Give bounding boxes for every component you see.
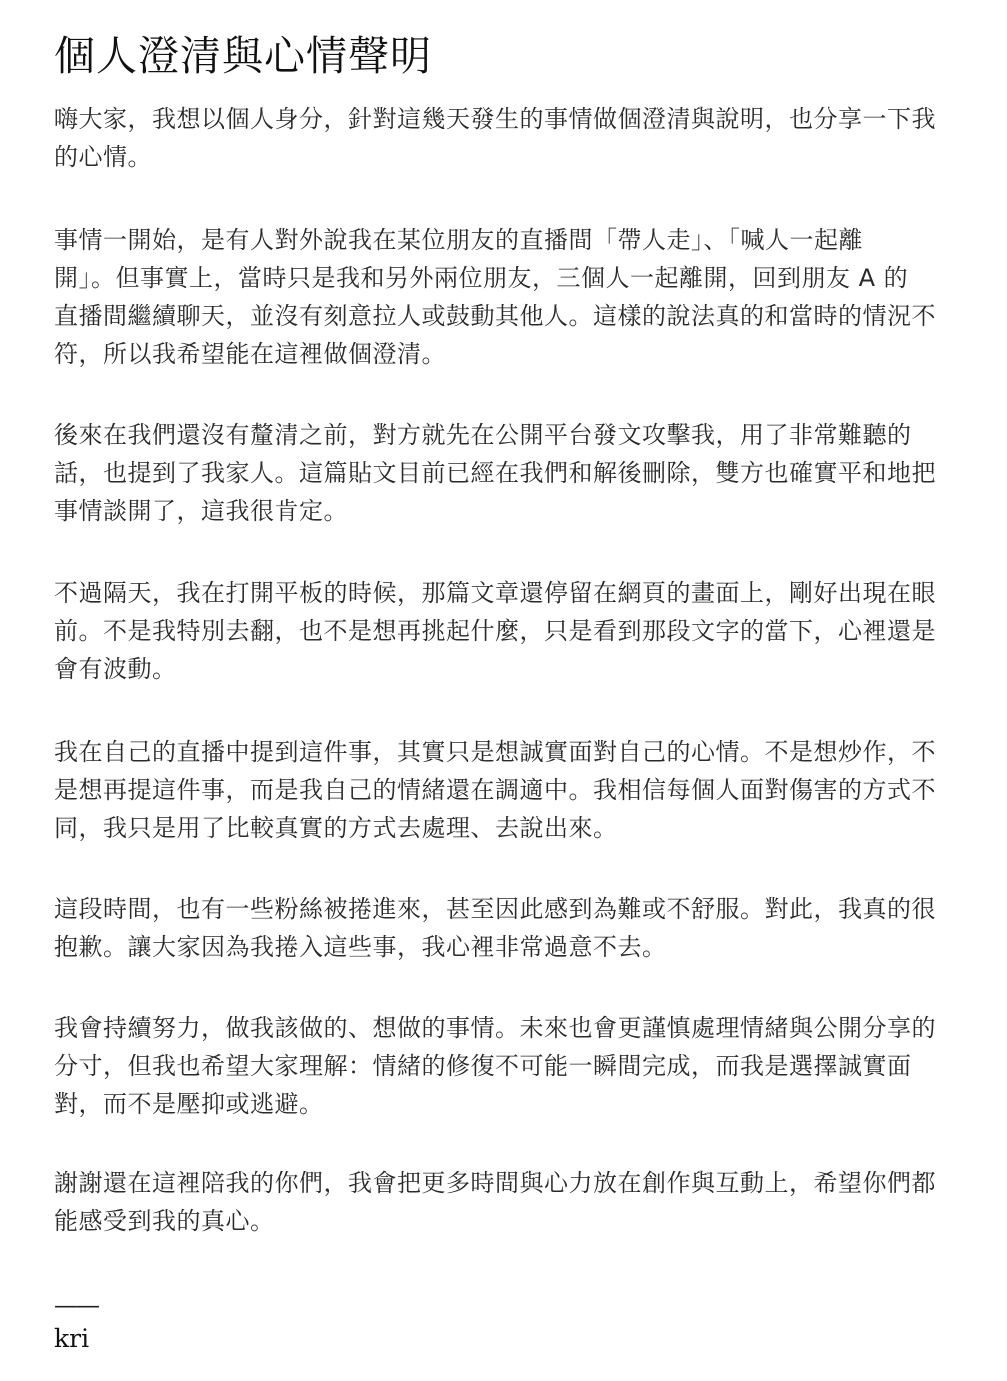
paragraph-line: 對，而不是壓抑或逃避。 [54, 1085, 936, 1123]
paragraph-line: 不過隔天，我在打開平板的時候，那篇文章還停留在網頁的畫面上，剛好出現在眼 [54, 574, 936, 612]
paragraph-line: 我在自己的直播中提到這件事，其實只是想誠實面對自己的心情。不是想炒作，不 [54, 733, 936, 771]
paragraph-livestream: 我在自己的直播中提到這件事，其實只是想誠實面對自己的心情。不是想炒作，不 是想再… [54, 733, 936, 847]
signature-name: kri [54, 1322, 89, 1356]
paragraph-public-post: 後來在我們還沒有釐清之前，對方就先在公開平台發文攻擊我，用了非常難聽的 話，也提… [54, 416, 936, 530]
paragraph-line: 分寸，但我也希望大家理解：情緒的修復不可能一瞬間完成，而我是選擇誠實面 [54, 1047, 936, 1085]
signature-dash: —— [54, 1290, 98, 1320]
paragraph-line: 符，所以我希望能在這裡做個澄清。 [54, 335, 936, 373]
paragraph-commitment: 我會持續努力，做我該做的、想做的事情。未來也會更謹慎處理情緒與公開分享的 分寸，… [54, 1009, 936, 1123]
paragraph-apology: 這段時間，也有一些粉絲被捲進來，甚至因此感到為難或不舒服。對此，我真的很 抱歉。… [54, 890, 936, 966]
paragraph-line: 能感受到我的真心。 [54, 1202, 936, 1240]
paragraph-line: 嗨大家，我想以個人身分，針對這幾天發生的事情做個澄清與說明，也分享一下我 [54, 100, 936, 138]
paragraph-line: 前。不是我特別去翻，也不是想再挑起什麼，只是看到那段文字的當下，心裡還是 [54, 612, 936, 650]
paragraph-line: 話，也提到了我家人。這篇貼文目前已經在我們和解後刪除，雙方也確實平和地把 [54, 454, 936, 492]
paragraph-line: 事情談開了，這我很肯定。 [54, 492, 936, 530]
paragraph-line: 是想再提這件事，而是我自己的情緒還在調適中。我相信每個人面對傷害的方式不 [54, 771, 936, 809]
paragraph-line: 開」。但事實上，當時只是我和另外兩位朋友，三個人一起離開，回到朋友 A 的 [54, 259, 936, 297]
paragraph-line: 的心情。 [54, 138, 936, 176]
paragraph-line: 同，我只是用了比較真實的方式去處理、去說出來。 [54, 809, 936, 847]
paragraph-line: 這段時間，也有一些粉絲被捲進來，甚至因此感到為難或不舒服。對此，我真的很 [54, 890, 936, 928]
paragraph-line: 會有波動。 [54, 650, 936, 688]
paragraph-line: 我會持續努力，做我該做的、想做的事情。未來也會更謹慎處理情緒與公開分享的 [54, 1009, 936, 1047]
paragraph-line: 事情一開始，是有人對外說我在某位朋友的直播間「帶人走」、「喊人一起離 [54, 221, 936, 259]
paragraph-line: 抱歉。讓大家因為我捲入這些事，我心裡非常過意不去。 [54, 928, 936, 966]
paragraph-incident: 事情一開始，是有人對外說我在某位朋友的直播間「帶人走」、「喊人一起離 開」。但事… [54, 221, 936, 373]
paragraph-line: 直播間繼續聊天，並沒有刻意拉人或鼓動其他人。這樣的說法真的和當時的情況不 [54, 297, 936, 335]
page-title: 個人澄清與心情聲明 [54, 30, 432, 82]
paragraph-greeting: 嗨大家，我想以個人身分，針對這幾天發生的事情做個澄清與說明，也分享一下我 的心情… [54, 100, 936, 176]
paragraph-thanks: 謝謝還在這裡陪我的你們，我會把更多時間與心力放在創作與互動上，希望你們都 能感受… [54, 1164, 936, 1240]
paragraph-line: 謝謝還在這裡陪我的你們，我會把更多時間與心力放在創作與互動上，希望你們都 [54, 1164, 936, 1202]
paragraph-line: 後來在我們還沒有釐清之前，對方就先在公開平台發文攻擊我，用了非常難聽的 [54, 416, 936, 454]
paragraph-next-day: 不過隔天，我在打開平板的時候，那篇文章還停留在網頁的畫面上，剛好出現在眼 前。不… [54, 574, 936, 688]
